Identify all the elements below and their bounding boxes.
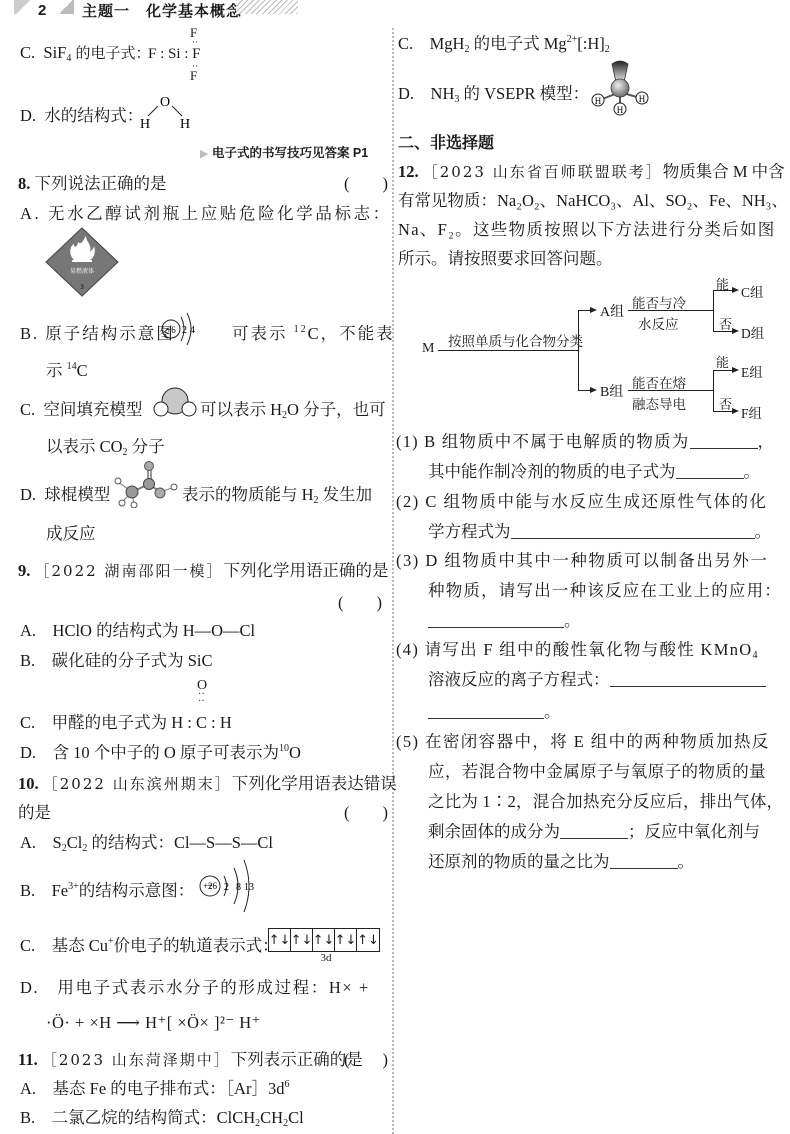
svg-text:2: 2	[182, 325, 187, 336]
option-text: 可以表示 H	[200, 400, 282, 419]
question-text: 物质集合 M 中含	[663, 162, 785, 181]
answer-blank[interactable]	[610, 671, 766, 687]
cu-orbital-diagram: ↑↓ ↑↓ ↑↓ ↑↓ ↑↓ 3d	[268, 928, 384, 964]
option-text: D. 含 10 个中子的 O 原子可表示为	[20, 743, 279, 762]
hint-link[interactable]: ▶ 电子式的书写技巧见答案 P1	[200, 143, 368, 161]
q7-option-c-right: C. MgH2 的电子式 Mg2+[:H]2	[398, 30, 610, 54]
tree-criterion: 按照单质与化合物分类	[448, 330, 583, 350]
q12-sub4-line1: (4) 请写出 F 组中的酸性氧化物与酸性 KMnO4	[396, 636, 759, 660]
svg-text:8: 8	[236, 882, 241, 893]
q12-sub3-line1: (3) D 组物质中其中一种物质可以制备出另外一	[396, 547, 768, 571]
svg-text:4: 4	[190, 325, 195, 336]
option-text: Cl	[288, 1108, 304, 1127]
q12-sub2-line1: (2) C 组物质中能与水反应生成还原性气体的化	[396, 488, 768, 512]
option-text: C. 基态 Cu	[20, 936, 108, 955]
q12-stem-line3: Na、F₂。这些物质按照以下方法进行分类后如图	[398, 216, 776, 240]
option-text: B. Fe	[20, 881, 68, 900]
option-text: 的结构式：Cl—S—S—Cl	[87, 833, 273, 852]
tree-leaf-d: D组	[741, 322, 764, 342]
question-text: 学方程式为	[428, 522, 511, 541]
option-label: A.	[20, 204, 41, 223]
question-text: (4) 请写出 F 组中的酸性氧化物与酸性 KMnO	[396, 640, 752, 659]
q12-stem-line4: 所示。请按照要求回答问题。	[398, 245, 613, 269]
punctuation: ，	[758, 432, 776, 451]
q7-option-d: D. 水的结构式：	[20, 102, 143, 126]
ball-and-stick-model	[112, 460, 182, 508]
option-text: 的结构示意图：	[79, 881, 195, 900]
option-text: O 分子，也可	[287, 400, 386, 419]
q8-option-d: D. 球棍模型	[20, 481, 110, 505]
element: C	[77, 361, 88, 380]
q8-option-a: A. 无水乙醇试剂瓶上应贴危险化学品标志：	[20, 200, 392, 224]
q8-option-b-cont: 可表示 12C，不能表	[232, 320, 395, 344]
q10-option-d-formula: ·Ö· + ×H ⟶ H⁺[ ×Ö× ]²⁻ H⁺	[46, 1013, 261, 1033]
carbon-atom-structure-diagram: +6 2 4	[157, 311, 227, 347]
svg-text:+26: +26	[203, 881, 218, 891]
answer-blank[interactable]: ( )	[344, 799, 388, 823]
svg-text:3: 3	[80, 284, 84, 291]
q8-option-c: C. 空间填充模型	[20, 396, 142, 420]
column-divider	[392, 28, 394, 1134]
element: O	[289, 743, 301, 762]
option-text: 以表示 CO	[46, 437, 123, 456]
option-text: 可表示	[232, 324, 288, 343]
electron-dots: ····	[198, 691, 205, 705]
tree-edge	[713, 290, 714, 331]
q10-stem: 10. ［2022 山东滨州期末］下列化学用语表达错误	[18, 770, 397, 794]
q8-stem: 8. 下列说法正确的是 ( )	[18, 170, 388, 194]
subscript: 4	[66, 53, 71, 64]
q8-option-c-line2: 以表示 CO2 分子	[46, 433, 165, 457]
arrow-icon	[590, 307, 597, 313]
option-label: C.	[20, 43, 35, 62]
tree-edge	[713, 370, 714, 411]
punctuation: 。	[678, 852, 695, 871]
answer-blank[interactable]	[511, 523, 755, 539]
svg-text:易燃液体: 易燃液体	[70, 267, 94, 275]
q11-stem: 11. ［2023 山东菏泽期中］下列表示正确的是 ( )	[18, 1046, 388, 1070]
svg-text:+6: +6	[166, 325, 176, 335]
tree-leaf-c: C组	[741, 281, 764, 301]
option-text: 表示的物质能与 H	[182, 485, 314, 504]
svg-text:O: O	[160, 95, 170, 110]
flammable-liquid-hazard-sign: 易燃液体 3	[44, 226, 120, 298]
orbital-cell: ↑↓	[357, 929, 379, 951]
sif4-electron-formula: F ·· F : Si : F ·· F	[148, 26, 238, 82]
q8-option-d-cont: 表示的物质能与 H2 发生加	[182, 481, 372, 505]
section-title: 主题一 化学基本概念	[82, 0, 242, 21]
orbital-label: 3d	[268, 952, 384, 964]
q9-stem: 9. ［2022 湖南邵阳一模］下列化学用语正确的是	[18, 557, 388, 581]
option-label: C.	[20, 400, 35, 419]
section-heading: 二、非选择题	[398, 130, 494, 153]
q12-sub3-line3: 。	[428, 607, 581, 631]
q12-sub1-line2: 其中能作制冷剂的物质的电子式为。	[428, 458, 760, 482]
option-text: 原子结构示意图	[45, 324, 175, 343]
option-text: 的电子式 Mg	[469, 34, 566, 53]
answer-blank[interactable]: ( )	[344, 170, 388, 194]
mass-number: 14	[67, 361, 77, 372]
option-label: D.	[20, 485, 36, 504]
q12-sub1-line1: (1) B 组物质中不属于电解质的物质为，	[396, 428, 775, 452]
punctuation: 。	[744, 462, 761, 481]
option-text: 水的结构式：	[44, 106, 143, 125]
q12-sub5-line1: (5) 在密闭容器中，将 E 组中的两种物质加热反	[396, 728, 770, 752]
tree-yes-label: 能	[716, 352, 729, 371]
option-text: 无水乙醇试剂瓶上应贴危险化学品标志：	[48, 204, 392, 223]
option-text: C. 甲醛的电子式为	[20, 713, 171, 732]
question-text: (1) B 组物质中不属于电解质的物质为	[396, 432, 690, 451]
svg-text:H: H	[617, 105, 624, 115]
q9-option-c: C. 甲醛的电子式为 H : C : H	[20, 709, 232, 733]
superscript: 2+	[567, 34, 578, 45]
q9-option-a: A. HClO 的结构式为 H—O—Cl	[20, 617, 255, 641]
q10-stem-line2: 的是 ( )	[18, 799, 388, 823]
answer-blank[interactable]: ( )	[344, 1046, 388, 1070]
orbital-cell: ↑↓	[269, 929, 291, 951]
mass-number: 10	[279, 743, 289, 754]
svg-text:H: H	[595, 96, 602, 106]
option-text: 价电子的轨道表示式：	[114, 936, 279, 955]
option-text: ，不能表	[321, 324, 395, 343]
svg-text:13: 13	[244, 882, 254, 893]
q8-option-d-line2: 成反应	[46, 520, 96, 544]
question-text: 其中能作制冷剂的物质的电子式为	[428, 462, 676, 481]
arrow-icon	[590, 387, 597, 393]
q8-option-b-line2: 示 14C	[46, 357, 88, 381]
question-source: ［2022 湖南邵阳一模］	[35, 562, 224, 580]
page-number: 2	[38, 2, 46, 19]
q7-option-d-right: D. NH3 的 VSEPR 模型：	[398, 80, 589, 104]
question-text: ；反应中氧化剂与	[628, 822, 760, 841]
q12-sub5-line4: 剩余固体的成分为；反应中氧化剂与	[428, 818, 760, 842]
mass-number: 12	[294, 324, 308, 335]
tree-root: M	[422, 341, 434, 357]
subscript: 2	[605, 44, 610, 55]
q12-sub4-line3: 。	[428, 698, 561, 722]
option-text: B. 二氯乙烷的结构简式：ClCH	[20, 1108, 255, 1127]
question-number: 8.	[18, 174, 30, 193]
tree-leaf-e: E组	[741, 361, 763, 381]
question-text: 下列化学用语正确的是	[223, 561, 388, 580]
arrow-icon: ▶	[200, 148, 208, 160]
formula: H : C : H	[171, 713, 232, 732]
svg-text:H: H	[180, 117, 190, 130]
space-filling-model	[152, 386, 198, 418]
punctuation: 。	[544, 702, 561, 721]
q12-stem-line2: 有常见物质：Na₂O₂、NaHCO₃、Al、SO₂、Fe、NH₃、	[398, 187, 788, 211]
header-decoration-left	[14, 0, 32, 14]
question-number: 11.	[18, 1050, 38, 1069]
question-number: 12.	[398, 162, 419, 181]
option-text: 空间填充模型	[43, 400, 142, 419]
q10-option-a: A. S2Cl2 的结构式：Cl—S—S—Cl	[20, 829, 273, 853]
tree-criterion: 融态导电	[632, 393, 686, 413]
answer-blank[interactable]	[428, 612, 564, 628]
q11-option-a: A. 基态 Fe 的电子排布式：［Ar］3d6	[20, 1075, 289, 1099]
arrow-icon	[732, 328, 739, 334]
svg-text:H: H	[140, 117, 150, 130]
question-number: 9.	[18, 561, 30, 580]
header-decoration-mid	[58, 0, 74, 14]
q12-sub3-line2: 种物质，请写出一种该反应在工业上的应用：	[428, 577, 782, 601]
tree-criterion: 能否与冷	[632, 292, 686, 312]
option-text: SiF	[43, 43, 66, 62]
q12-sub5-line2: 应，若混合物中金属原子与氧原子的物质的量	[428, 758, 766, 782]
tree-no-label: 否	[719, 394, 732, 413]
option-text: 的 VSEPR 模型：	[459, 84, 589, 103]
q10-option-c: C. 基态 Cu+价电子的轨道表示式：	[20, 932, 279, 956]
punctuation: 。	[755, 522, 772, 541]
nh3-vsepr-model: H H H	[588, 58, 658, 118]
tree-edge	[438, 350, 578, 351]
water-structure-diagram: O H H	[136, 92, 196, 130]
formula: [:H]	[577, 34, 605, 53]
q10-option-b: B. Fe3+的结构示意图：	[20, 877, 194, 901]
q11-option-b: B. 二氯乙烷的结构简式：ClCH2CH2Cl	[20, 1104, 304, 1128]
q8-option-b: B. 原子结构示意图	[20, 320, 175, 344]
orbital-cell: ↑↓	[313, 929, 335, 951]
tree-criterion: 能否在熔	[632, 372, 686, 392]
option-text: 球棍模型	[44, 485, 110, 504]
classification-tree-diagram: M 按照单质与化合物分类 A组 B组 能否与冷 水反应 能 否 C组 D组 能否…	[420, 278, 760, 418]
q12-stem: 12. ［2023 山东省百师联盟联考］物质集合 M 中含	[398, 158, 785, 182]
hint-text: 电子式的书写技巧见答案 P1	[212, 146, 368, 160]
q8-option-c-cont: 可以表示 H2O 分子，也可	[200, 396, 386, 420]
answer-blank[interactable]	[610, 853, 678, 869]
q12-sub4-line2: 溶液反应的离子方程式：	[428, 666, 766, 690]
option-label: B.	[20, 324, 39, 343]
answer-blank[interactable]	[690, 433, 758, 449]
punctuation: 。	[564, 611, 581, 630]
option-text: D. NH	[398, 84, 454, 103]
option-text: CH	[260, 1108, 283, 1127]
q9-option-d: D. 含 10 个中子的 O 原子可表示为10O	[20, 739, 301, 763]
option-text: 发生加	[319, 485, 373, 504]
q12-sub2-line2: 学方程式为。	[428, 518, 771, 542]
question-text: 的是	[18, 803, 51, 822]
question-number: 10.	[18, 774, 39, 793]
orbital-cell: ↑↓	[291, 929, 313, 951]
element: C	[308, 324, 321, 343]
option-text: 示	[46, 361, 63, 380]
header-hatch-decoration	[236, 0, 298, 14]
tree-leaf-f: F组	[741, 402, 762, 422]
answer-blank[interactable]	[428, 703, 544, 719]
superscript: 6	[284, 1079, 289, 1090]
option-text: A. 基态 Fe 的电子排布式：［Ar］3d	[20, 1079, 284, 1098]
question-text: 下列说法正确的是	[35, 174, 167, 193]
tree-edge	[578, 310, 579, 390]
tree-node-a: A组	[600, 301, 624, 321]
arrow-icon	[732, 287, 739, 293]
svg-text:H: H	[639, 94, 646, 104]
q10-option-d: D. 用电子式表示水分子的形成过程：H× +	[20, 974, 370, 998]
formula-bottom: F	[148, 69, 238, 82]
superscript: 3+	[68, 881, 79, 892]
q9-answer-blank[interactable]: ( )	[338, 589, 382, 613]
q12-sub5-line5: 还原剂的物质的量之比为。	[428, 848, 694, 872]
option-text: A. S	[20, 833, 62, 852]
tree-no-label: 否	[719, 314, 732, 333]
option-text-suffix: 的电子式：	[75, 46, 150, 62]
question-source: ［2023 山东菏泽期中］	[42, 1051, 231, 1069]
q7-option-c: C. SiF4 的电子式：	[20, 42, 150, 63]
option-text: 分子	[128, 437, 165, 456]
option-text: Cl	[67, 833, 83, 852]
orbital-boxes: ↑↓ ↑↓ ↑↓ ↑↓ ↑↓	[268, 928, 380, 952]
q9-option-b: B. 碳化硅的分子式为 SiC	[20, 647, 213, 671]
arrow-icon	[732, 408, 739, 414]
question-source: ［2022 山东滨州期末］	[43, 775, 232, 793]
tree-node-b: B组	[600, 381, 623, 401]
tree-criterion: 水反应	[638, 313, 679, 333]
option-text: C. MgH	[398, 34, 464, 53]
svg-text:2: 2	[224, 882, 229, 893]
subscript: 4	[752, 650, 758, 661]
question-source: ［2023 山东省百师联盟联考］	[423, 163, 663, 181]
answer-blank[interactable]	[676, 463, 744, 479]
question-text: 剩余固体的成分为	[428, 822, 560, 841]
question-text: 下列表示正确的是	[231, 1050, 363, 1069]
question-text: 下列化学用语表达错误	[232, 774, 397, 793]
answer-blank[interactable]	[560, 823, 628, 839]
q12-sub5-line3: 之比为 1∶2，混合加热充分反应后，排出气体，	[428, 788, 783, 812]
orbital-cell: ↑↓	[335, 929, 357, 951]
tree-yes-label: 能	[716, 274, 729, 293]
option-label: D.	[20, 106, 36, 125]
question-text: 还原剂的物质的量之比为	[428, 852, 610, 871]
arrow-icon	[732, 367, 739, 373]
fe3-ion-structure-diagram: + +26 2 8 13	[196, 858, 266, 914]
question-text: 溶液反应的离子方程式：	[428, 670, 610, 689]
